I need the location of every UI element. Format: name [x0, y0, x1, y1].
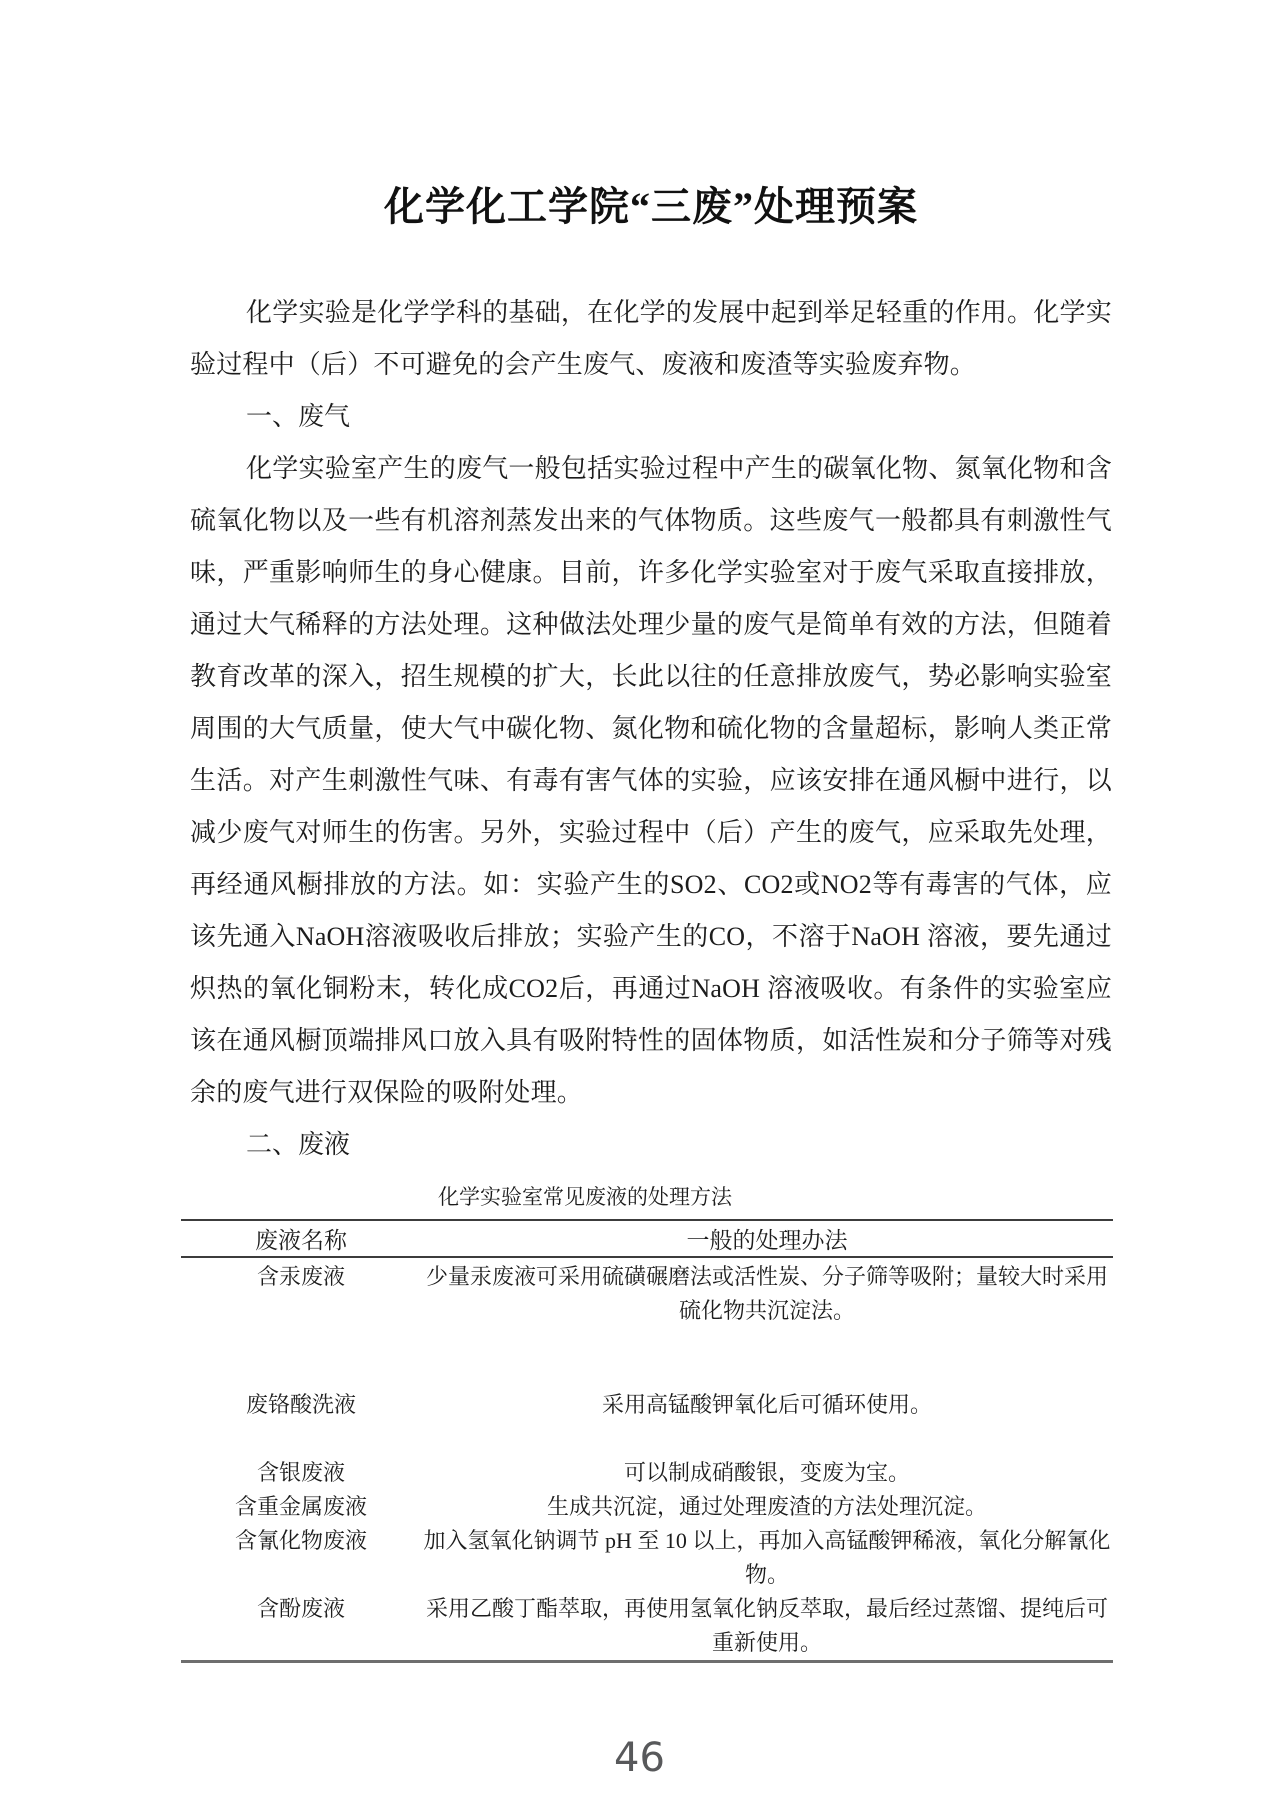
- table-row: 含重金属废液 生成共沉淀，通过处理废渣的方法处理沉淀。: [181, 1490, 1113, 1524]
- document-content: 化学化工学院“三废”处理预案 化学实验是化学学科的基础，在化学的发展中起到举足轻…: [190, 0, 1112, 1663]
- table-header-name: 废液名称: [181, 1220, 421, 1257]
- waste-name-cell: 废铬酸洗液: [181, 1388, 421, 1456]
- table-row: 含氰化物废液 加入氢氧化钠调节 pH 至 10 以上，再加入高锰酸钾稀液，氧化分…: [181, 1524, 1113, 1592]
- waste-name-cell: 含汞废液: [181, 1257, 421, 1388]
- page-title: 化学化工学院“三废”处理预案: [190, 0, 1112, 228]
- table-row: 废铬酸洗液 采用高锰酸钾氧化后可循环使用。: [181, 1388, 1113, 1456]
- waste-name-cell: 含重金属废液: [181, 1490, 421, 1524]
- table-caption: 化学实验室常见废液的处理方法: [190, 1180, 1112, 1214]
- waste-name-cell: 含银废液: [181, 1456, 421, 1490]
- section-heading-waste-gas: 一、废气: [190, 391, 1112, 443]
- waste-gas-paragraph: 化学实验室产生的废气一般包括实验过程中产生的碳氧化物、氮氧化物和含硫氧化物以及一…: [190, 443, 1112, 1119]
- table-row: 含酚废液 采用乙酸丁酯萃取，再使用氢氧化钠反萃取，最后经过蒸馏、提纯后可重新使用…: [181, 1592, 1113, 1662]
- table-row: 含汞废液 少量汞废液可采用硫磺碾磨法或活性炭、分子筛等吸附；量较大时采用硫化物共…: [181, 1257, 1113, 1388]
- treatment-method-cell: 可以制成硝酸银，变废为宝。: [421, 1456, 1113, 1490]
- waste-name-cell: 含酚废液: [181, 1592, 421, 1662]
- treatment-method-cell: 加入氢氧化钠调节 pH 至 10 以上，再加入高锰酸钾稀液，氧化分解氰化物。: [421, 1524, 1113, 1592]
- waste-liquid-table: 废液名称 一般的处理办法 含汞废液 少量汞废液可采用硫磺碾磨法或活性炭、分子筛等…: [181, 1219, 1113, 1663]
- table-row: 含银废液 可以制成硝酸银，变废为宝。: [181, 1456, 1113, 1490]
- treatment-method-cell: 生成共沉淀，通过处理废渣的方法处理沉淀。: [421, 1490, 1113, 1524]
- treatment-method-cell: 采用高锰酸钾氧化后可循环使用。: [421, 1388, 1113, 1456]
- treatment-method-cell: 采用乙酸丁酯萃取，再使用氢氧化钠反萃取，最后经过蒸馏、提纯后可重新使用。: [421, 1592, 1113, 1662]
- table-header-method: 一般的处理办法: [421, 1220, 1113, 1257]
- intro-paragraph: 化学实验是化学学科的基础，在化学的发展中起到举足轻重的作用。化学实验过程中（后）…: [190, 287, 1112, 391]
- section-heading-waste-liquid: 二、废液: [190, 1119, 1112, 1171]
- document-page: 化学化工学院“三废”处理预案 化学实验是化学学科的基础，在化学的发展中起到举足轻…: [0, 0, 1279, 1809]
- waste-name-cell: 含氰化物废液: [181, 1524, 421, 1592]
- table-header-row: 废液名称 一般的处理办法: [181, 1220, 1113, 1257]
- treatment-method-cell: 少量汞废液可采用硫磺碾磨法或活性炭、分子筛等吸附；量较大时采用硫化物共沉淀法。: [421, 1257, 1113, 1388]
- page-number: 46: [0, 1736, 1279, 1780]
